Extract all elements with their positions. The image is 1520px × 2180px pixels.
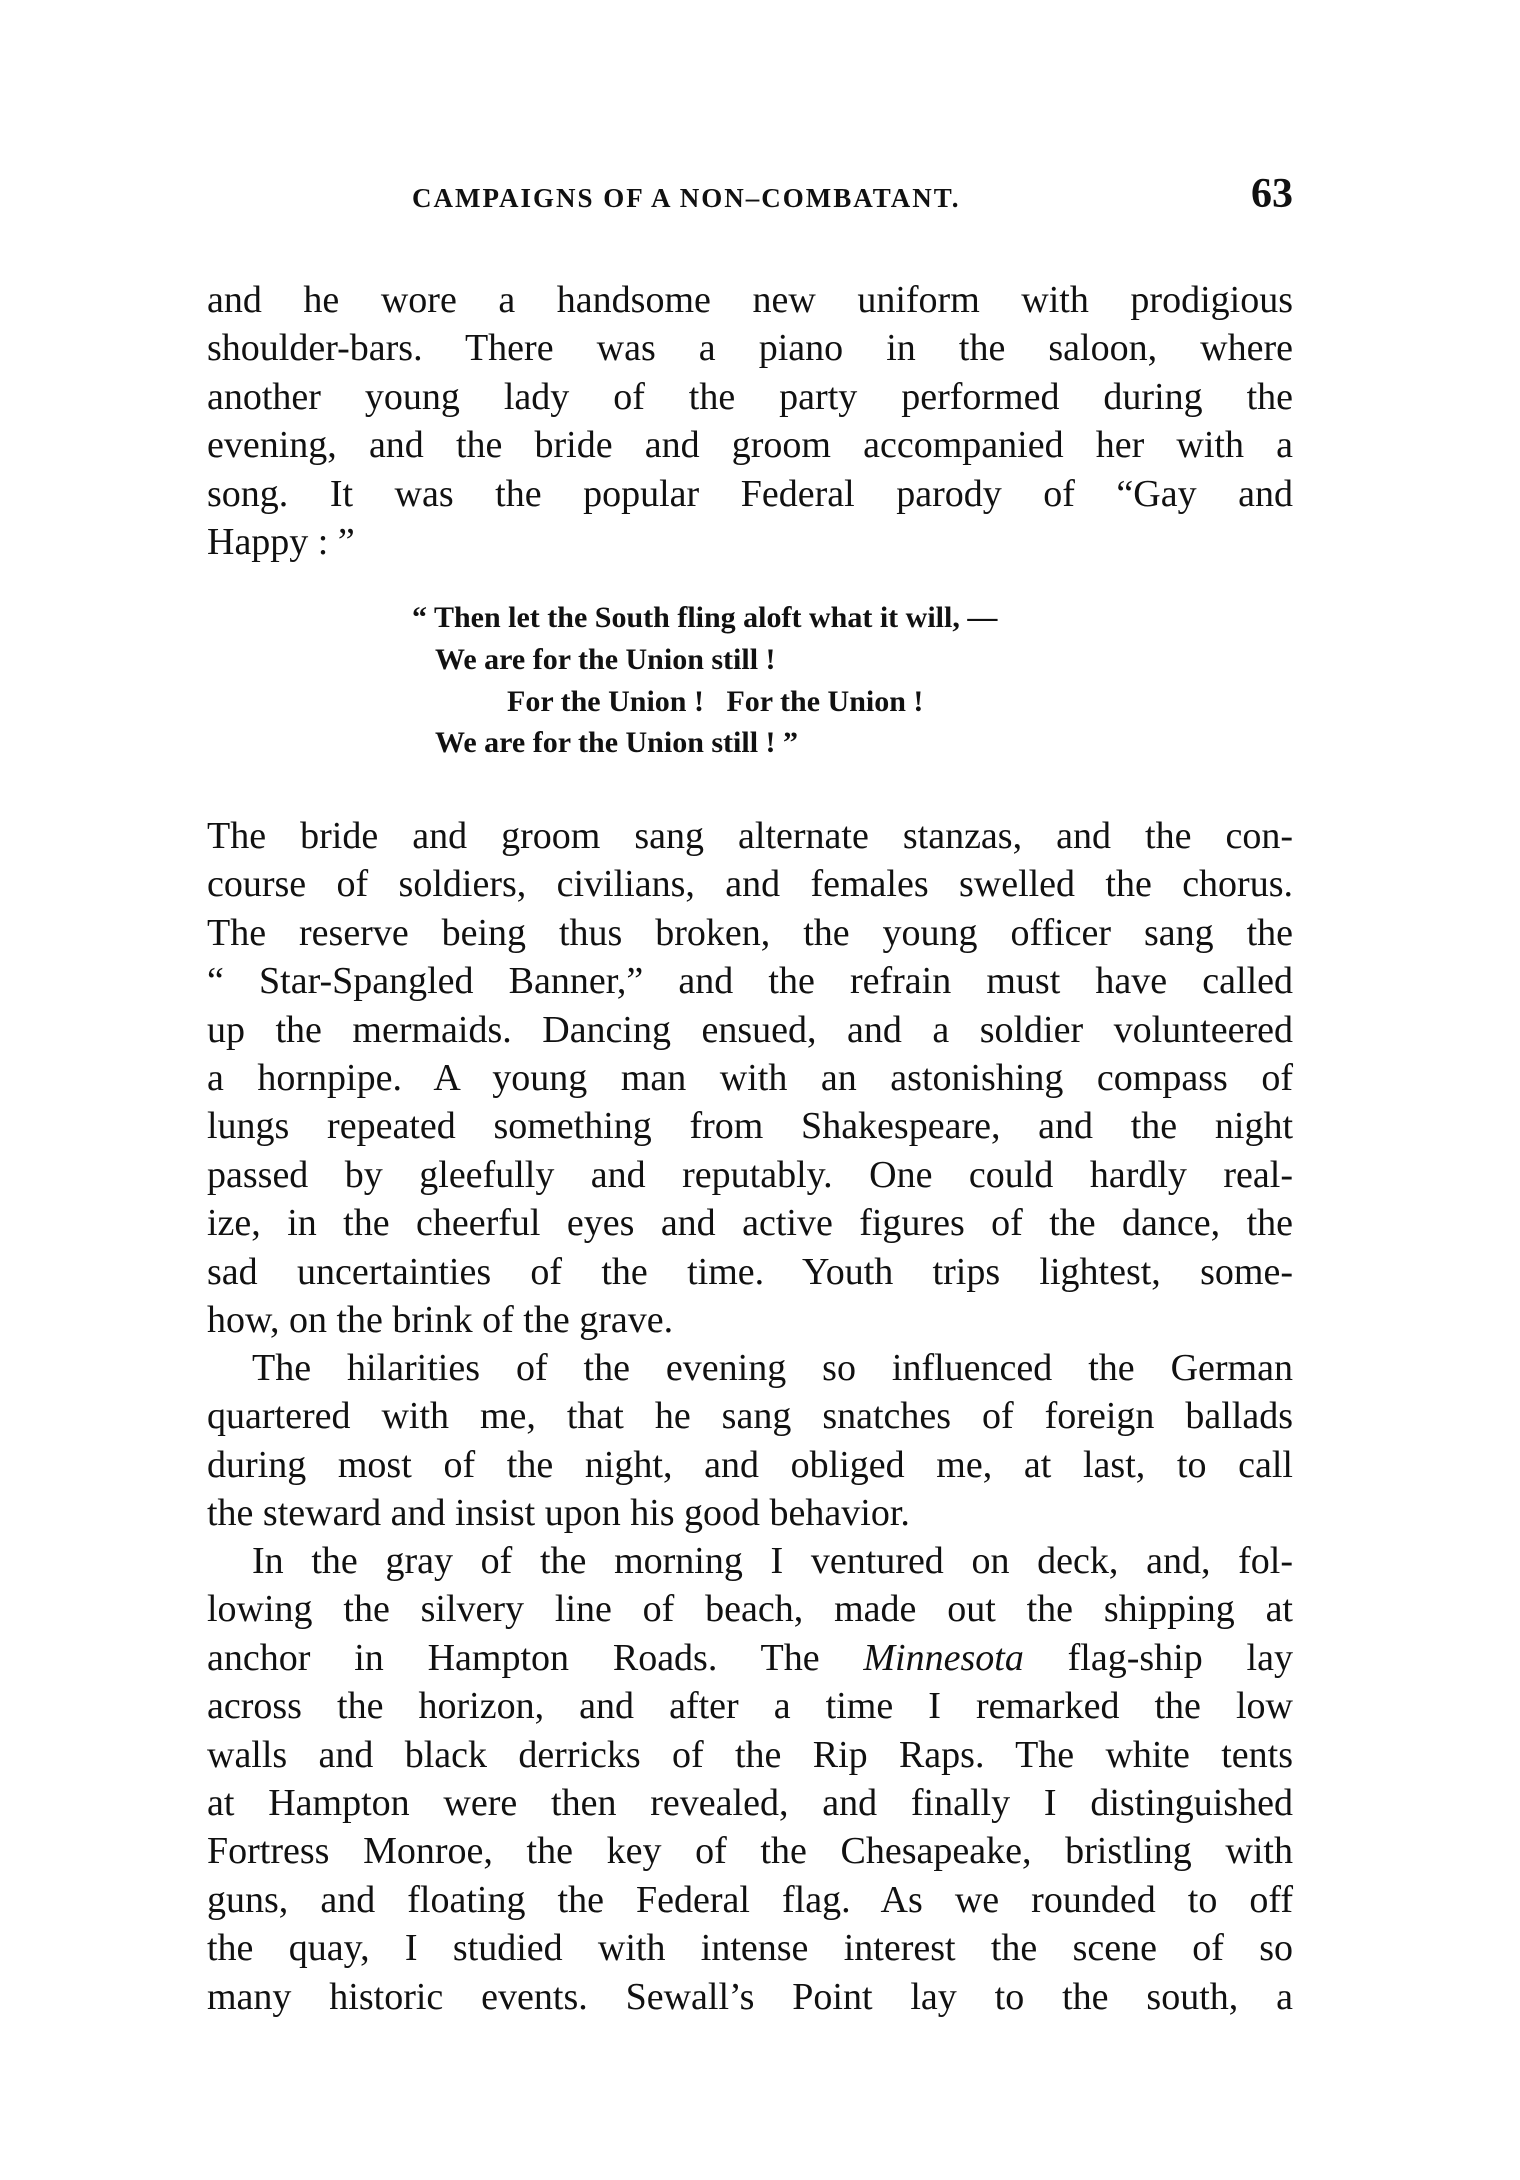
- text-line: during most of the night, and obliged me…: [207, 1441, 1293, 1489]
- italic-text: Minnesota: [863, 1637, 1023, 1679]
- text-line: another young lady of the party performe…: [207, 373, 1293, 421]
- text-line: the quay, I studied with intense interes…: [207, 1924, 1293, 1972]
- text-line: sad uncertainties of the time. Youth tri…: [207, 1248, 1293, 1296]
- text-line: at Hampton were then revealed, and final…: [207, 1779, 1293, 1827]
- text-line: The bride and groom sang alternate stanz…: [207, 812, 1293, 860]
- text-line: ize, in the cheerful eyes and active fig…: [207, 1199, 1293, 1247]
- verse-line: “ Then let the South fling aloft what it…: [412, 597, 997, 639]
- text-line: The reserve being thus broken, the young…: [207, 909, 1293, 957]
- text-line: across the horizon, and after a time I r…: [207, 1682, 1293, 1730]
- text-line: Happy : ”: [207, 518, 1293, 566]
- verse-line: We are for the Union still ! ”: [435, 722, 798, 764]
- text-line: shoulder-bars. There was a piano in the …: [207, 324, 1293, 372]
- text-line: anchor in Hampton Roads. The Minnesota f…: [207, 1634, 1293, 1682]
- text-line: song. It was the popular Federal parody …: [207, 470, 1293, 518]
- text-line: walls and black derricks of the Rip Raps…: [207, 1731, 1293, 1779]
- text-line: Fortress Monroe, the key of the Chesapea…: [207, 1827, 1293, 1875]
- text-line: a hornpipe. A young man with an astonish…: [207, 1054, 1293, 1102]
- running-head: CAMPAIGNS OF A NON–COMBATANT. 63: [207, 176, 1293, 220]
- running-title: CAMPAIGNS OF A NON–COMBATANT.: [412, 176, 961, 220]
- text-line: lowing the silvery line of beach, made o…: [207, 1585, 1293, 1633]
- text-line: guns, and floating the Federal flag. As …: [207, 1876, 1293, 1924]
- text-line: many historic events. Sewall’s Point lay…: [207, 1973, 1293, 2021]
- text-line: how, on the brink of the grave.: [207, 1296, 1293, 1344]
- text-line: and he wore a handsome new uniform with …: [207, 276, 1293, 324]
- page-number: 63: [1251, 172, 1293, 216]
- text-line: evening, and the bride and groom accompa…: [207, 421, 1293, 469]
- text-line: In the gray of the morning I ventured on…: [252, 1537, 1293, 1585]
- text-line: up the mermaids. Dancing ensued, and a s…: [207, 1006, 1293, 1054]
- text-line: The hilarities of the evening so influen…: [252, 1344, 1293, 1392]
- text-line: “ Star-Spangled Banner,” and the refrain…: [207, 957, 1293, 1005]
- text-line: course of soldiers, civilians, and femal…: [207, 860, 1293, 908]
- text-line: the steward and insist upon his good beh…: [207, 1489, 1293, 1537]
- verse-line: We are for the Union still !: [435, 639, 776, 681]
- text-line: lungs repeated something from Shakespear…: [207, 1102, 1293, 1150]
- verse-line: For the Union ! For the Union !: [507, 681, 923, 723]
- text-line: quartered with me, that he sang snatches…: [207, 1392, 1293, 1440]
- text-line: passed by gleefully and reputably. One c…: [207, 1151, 1293, 1199]
- book-page: CAMPAIGNS OF A NON–COMBATANT. 63 and he …: [0, 0, 1520, 2180]
